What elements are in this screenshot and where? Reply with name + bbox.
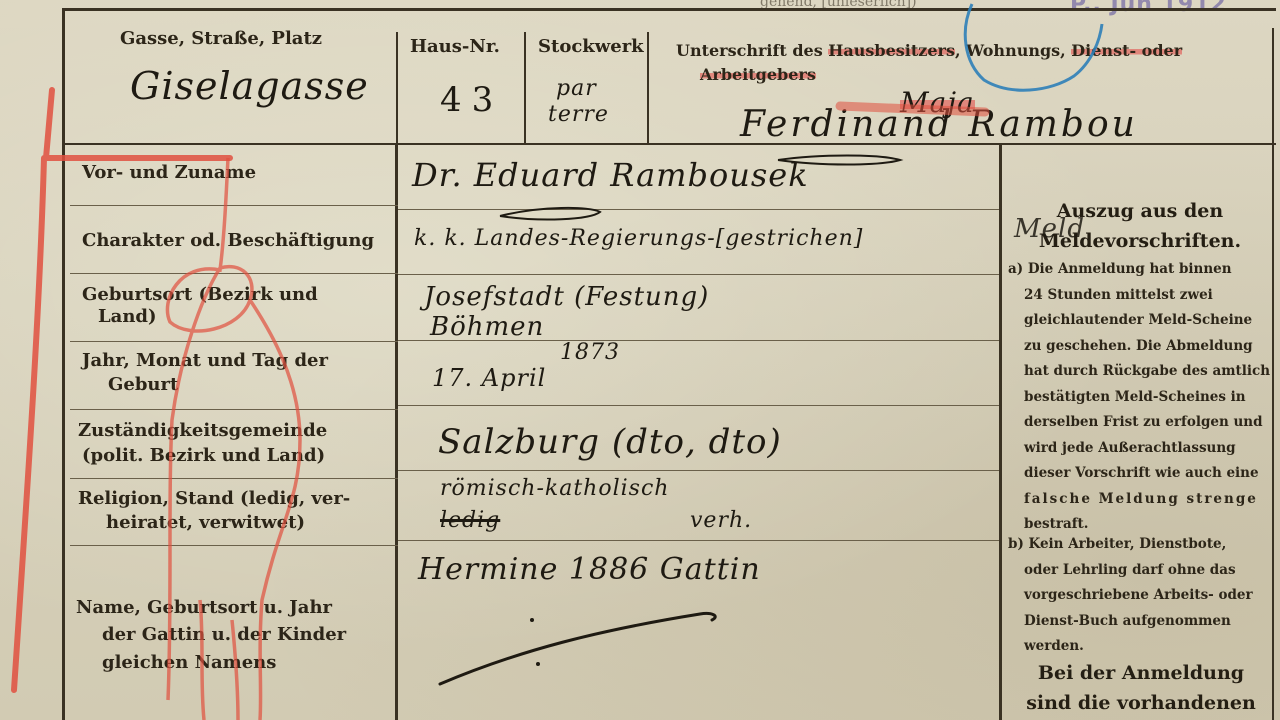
street-label: Gasse, Straße, Platz	[120, 28, 322, 50]
row-family-label-3: gleichen Namens	[102, 652, 276, 674]
row-religion-struck: ledig	[440, 508, 500, 533]
row-birthdate-label-2: Geburt	[108, 374, 178, 396]
sidebar-line: zu geschehen. Die Abmeldung	[1008, 334, 1270, 360]
sidebar-line: Dienst-Buch aufgenommen	[1008, 609, 1270, 635]
street-value: Giselagasse	[130, 64, 369, 108]
row-birthdate-day: 17. April	[432, 364, 546, 392]
row-name-label: Vor- und Zuname	[82, 162, 256, 184]
row-occupation-label: Charakter od. Beschäftigung	[82, 230, 374, 252]
sidebar-footer-1: Bei der Anmeldung	[1010, 658, 1272, 688]
row-birthplace-value-1: Josefstadt (Festung)	[424, 282, 709, 312]
row-birthdate-label-1: Jahr, Monat und Tag der	[82, 350, 328, 372]
signature-label-struck-employer-2: Arbeitgebers	[700, 65, 816, 84]
signature-value: Ferdinand Rambou	[740, 104, 1138, 145]
sidebar-line: vorgeschriebene Arbeits- oder	[1008, 583, 1270, 609]
row-line	[70, 273, 398, 274]
top-border	[62, 8, 1276, 11]
sidebar-line: bestätigten Meld-Scheines in	[1008, 385, 1270, 411]
sidebar-line: wird jede Außerachtlassung	[1008, 436, 1270, 462]
row-religion-label-1: Religion, Stand (ledig, ver-	[78, 488, 350, 510]
sidebar-margin-note: Meld	[1014, 214, 1085, 244]
row-birthplace-label-1: Geburtsort (Bezirk und	[82, 284, 318, 306]
signature-label: Unterschrift des Hausbesitzers, Wohnungs…	[676, 40, 1182, 62]
signature-label-line2: Arbeitgebers	[700, 64, 816, 86]
row-occupation-value: k. k. Landes-Regierungs-[gestrichen]	[414, 226, 863, 251]
row-birthplace-label-2: Land)	[98, 306, 157, 328]
sidebar-para-a: a) Die Anmeldung hat binnen 24 Stunden m…	[1008, 257, 1270, 538]
col-sep-sidebar	[999, 143, 1002, 720]
sidebar-para-b: b) Kein Arbeiter, Dienstbote, oder Lehrl…	[1008, 532, 1270, 660]
row-religion-value-1: römisch-katholisch	[440, 476, 669, 501]
floor-label: Stockwerk	[538, 36, 644, 58]
row-domicile-label-1: Zuständigkeitsgemeinde	[78, 420, 327, 442]
col-sep-signature	[647, 32, 649, 143]
sidebar-line: oder Lehrling darf ohne das	[1008, 558, 1270, 584]
row-domicile-value: Salzburg (dto, dto)	[438, 422, 782, 462]
signature-label-struck-employer: Dienst- oder	[1071, 41, 1182, 60]
row-line	[70, 478, 398, 479]
signature-label-struck-owner: Hausbesitzers	[828, 41, 955, 60]
row-line	[398, 405, 999, 406]
house-no-label: Haus-Nr.	[410, 36, 500, 58]
row-family-label-2: der Gattin u. der Kinder	[102, 624, 346, 646]
floor-value-line2: terre	[548, 102, 609, 127]
row-line	[70, 409, 398, 410]
row-line	[398, 274, 999, 275]
row-family-label-1: Name, Geburtsort u. Jahr	[76, 597, 332, 619]
house-no-value: 43	[440, 80, 503, 120]
signature-label-prefix: Unterschrift des	[676, 41, 823, 60]
row-line	[398, 540, 999, 541]
signature-label-tenant: Wohnungs	[966, 41, 1060, 60]
row-line	[398, 470, 999, 471]
sidebar-line: derselben Frist zu erfolgen und	[1008, 410, 1270, 436]
sidebar-line: a) Die Anmeldung hat binnen	[1008, 257, 1270, 283]
row-line	[398, 209, 999, 210]
floor-value-line1: par	[556, 76, 597, 101]
sidebar-line: werden.	[1008, 634, 1270, 660]
sidebar-line: dieser Vorschrift wie auch eine	[1008, 461, 1270, 487]
sidebar-line: falsche Meldung strenge	[1008, 487, 1270, 513]
row-religion-label-2: heiratet, verwitwet)	[106, 512, 305, 534]
row-birthplace-value-2: Böhmen	[430, 312, 544, 342]
row-religion-value-2: verh.	[690, 508, 752, 533]
right-border	[1272, 28, 1274, 720]
row-domicile-label-2: (polit. Bezirk und Land)	[82, 445, 325, 467]
row-line	[70, 341, 398, 342]
sidebar-line: gleichlautender Meld-Scheine	[1008, 308, 1270, 334]
row-line	[70, 205, 398, 206]
row-line	[70, 545, 398, 546]
col-sep-floor	[524, 32, 526, 143]
col-sep-values	[395, 143, 398, 720]
row-birthdate-year: 1873	[560, 340, 620, 365]
col-sep-house	[396, 32, 398, 143]
row-name-value: Dr. Eduard Rambousek	[412, 156, 809, 194]
sidebar-line: 24 Stunden mittelst zwei	[1008, 283, 1270, 309]
left-border	[62, 8, 65, 720]
sidebar-line: hat durch Rückgabe des amtlich	[1008, 359, 1270, 385]
sidebar-line: b) Kein Arbeiter, Dienstbote,	[1008, 532, 1270, 558]
sidebar-footer-2: sind die vorhandenen	[1010, 688, 1272, 718]
row-family-value: Hermine 1886 Gattin	[418, 552, 761, 587]
